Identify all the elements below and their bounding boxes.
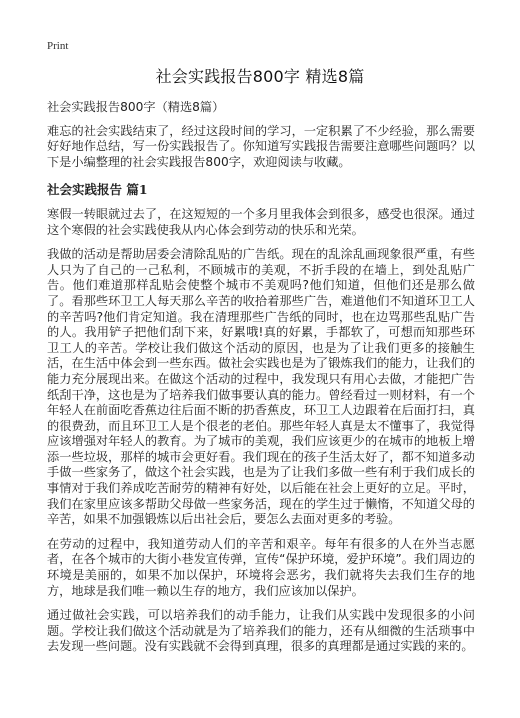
- section-heading: 社会实践报告 篇1: [47, 182, 475, 198]
- paragraph: 寒假一转眼就过去了，在这短短的一个多月里我体会到很多，感受也很深。通过这个寒假的…: [47, 207, 475, 238]
- paragraph: 我做的活动是帮助居委会清除乱贴的广告纸。现在的乱涂乱画现象很严重，有些人只为了自…: [47, 247, 475, 528]
- page-title: 社会实践报告800字 精选8篇: [0, 64, 520, 87]
- document-subtitle: 社会实践报告800字（精选8篇）: [47, 100, 475, 116]
- intro-paragraph: 难忘的社会实践结束了，经过这段时间的学习，一定积累了不少经验，那么需要好好地作总…: [47, 124, 475, 171]
- print-label[interactable]: Print: [47, 40, 68, 52]
- document-page: Print 社会实践报告800字 精选8篇 社会实践报告800字（精选8篇） 难…: [0, 0, 520, 718]
- document-body: 社会实践报告800字（精选8篇） 难忘的社会实践结束了，经过这段时间的学习，一定…: [47, 100, 475, 664]
- section-1: 社会实践报告 篇1 寒假一转眼就过去了，在这短短的一个多月里我体会到很多，感受也…: [47, 182, 475, 655]
- paragraph: 通过做社会实践，可以培养我们的动手能力，让我们从实践中发现很多的小问题。学校让我…: [47, 608, 475, 655]
- paragraph: 在劳动的过程中，我知道劳动人们的辛苦和艰辛。每年有很多的人在外当志愿者，在各个城…: [47, 537, 475, 599]
